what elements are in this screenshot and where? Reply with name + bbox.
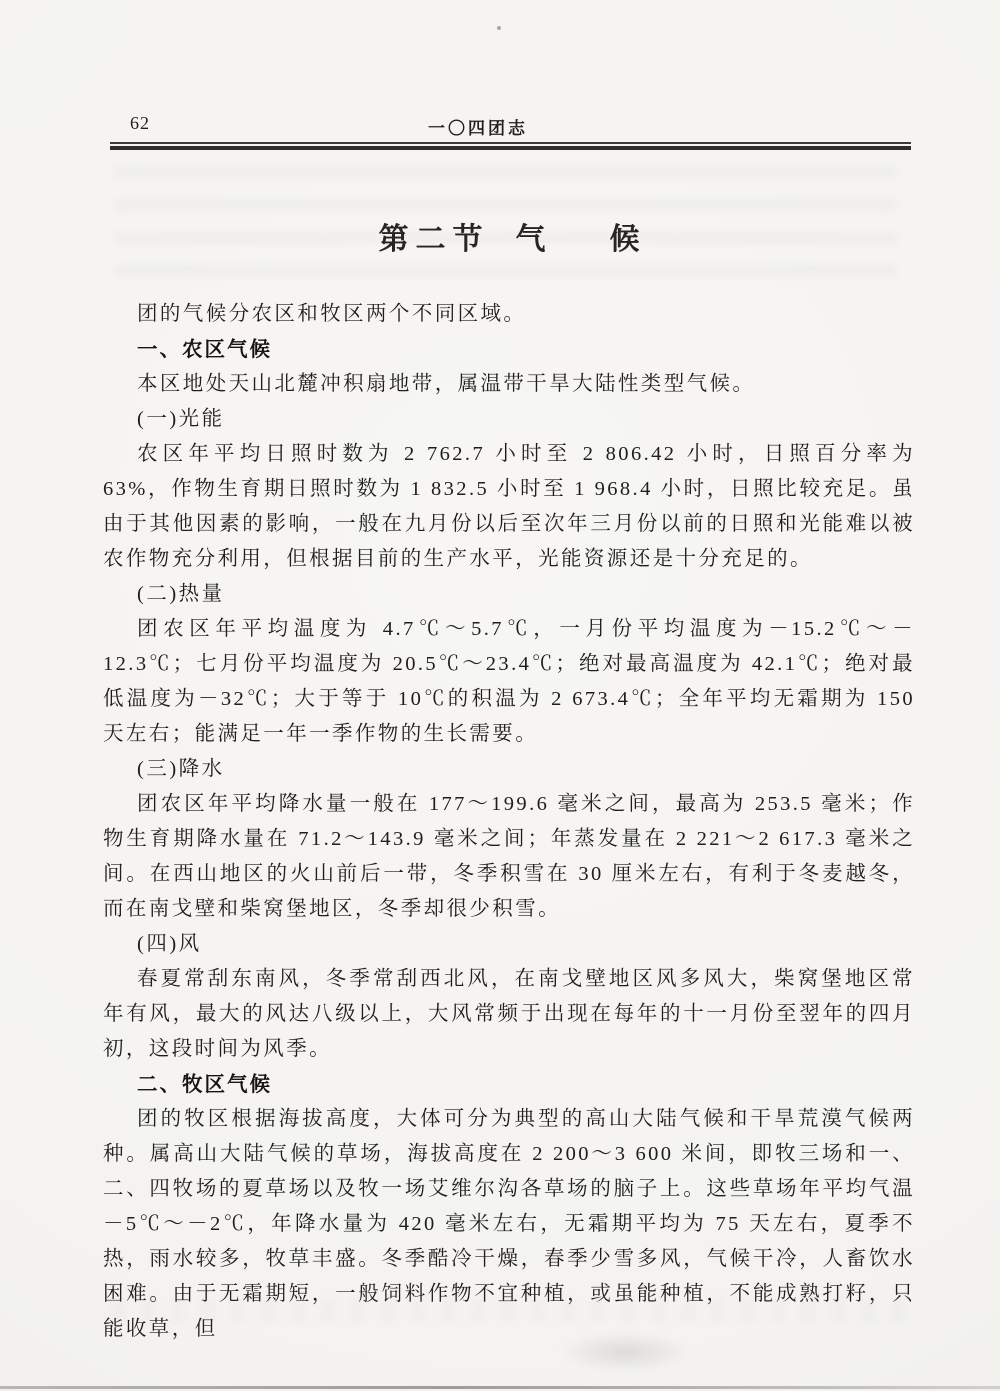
body-paragraph: 团的牧区根据海拔高度，大体可分为典型的高山大陆气候和干旱荒漠气候两种。属高山大陆… [103, 1102, 915, 1347]
body-paragraph: 本区地处天山北麓冲积扇地带，属温带干旱大陆性类型气候。 [103, 367, 915, 402]
section-title-char-1: 气 [516, 214, 546, 258]
body-paragraph: 农区年平均日照时数为 2 762.7 小时至 2 806.42 小时，日照百分率… [103, 437, 915, 577]
numbered-heading: 二、牧区气候 [103, 1067, 915, 1102]
section-title-number: 第二节 [379, 214, 490, 258]
scan-bottom-edge [0, 1386, 1000, 1389]
header-double-rule [110, 142, 911, 150]
lettered-subheading: (三)降水 [103, 752, 915, 787]
body-paragraph: 团农区年平均降水量一般在 177～199.6 毫米之间，最高为 253.5 毫米… [103, 787, 915, 927]
scan-speck-artifact [497, 26, 501, 30]
section-title: 第二节 气 候 [103, 214, 915, 258]
lettered-subheading: (一)光能 [103, 402, 915, 437]
body-paragraph: 春夏常刮东南风，冬季常刮西北风，在南戈壁地区风多风大，柴窝堡地区常年有风，最大的… [103, 962, 915, 1067]
numbered-heading: 一、农区气候 [103, 332, 915, 367]
lettered-subheading: (二)热量 [103, 577, 915, 612]
document-body: 团的气候分农区和牧区两个不同区域。一、农区气候本区地处天山北麓冲积扇地带，属温带… [103, 297, 915, 1347]
section-title-char-2: 候 [610, 214, 640, 258]
scanned-book-page: 62 一〇四团志 第二节 气 候 团的气候分农区和牧区两个不同区域。一、农区气候… [0, 0, 1000, 1391]
running-title: 一〇四团志 [0, 114, 956, 139]
lettered-subheading: (四)风 [103, 927, 915, 962]
body-paragraph: 团农区年平均温度为 4.7℃～5.7℃，一月份平均温度为－15.2℃～－12.3… [103, 612, 915, 752]
body-paragraph: 团的气候分农区和牧区两个不同区域。 [103, 297, 915, 332]
